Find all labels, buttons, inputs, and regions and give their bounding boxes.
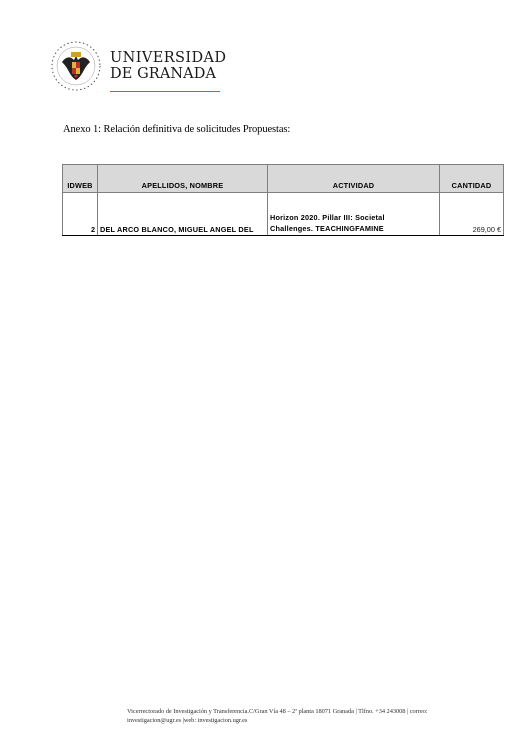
column-header-activity: ACTIVIDAD (268, 165, 440, 193)
footer-address: Vicerrectorado de Investigación y Transf… (127, 708, 428, 715)
logo-line-university: UNIVERSIDAD (110, 50, 222, 66)
requests-table: IDWEB APELLIDOS, NOMBRE ACTIVIDAD CANTID… (62, 164, 504, 236)
logo-underline (110, 91, 220, 92)
cell-idweb: 2 (63, 193, 98, 236)
column-header-name: APELLIDOS, NOMBRE (98, 165, 268, 193)
cell-name: DEL ARCO BLANCO, MIGUEL ANGEL DEL (98, 193, 268, 236)
logo-line-granada: DE GRANADA (110, 66, 222, 82)
column-header-idweb: IDWEB (63, 165, 98, 193)
page-footer: Vicerrectorado de Investigación y Transf… (127, 708, 487, 725)
annex-title: Anexo 1: Relación definitiva de solicitu… (63, 124, 290, 135)
activity-line-2: Challenges. TEACHINGFAMINE (270, 224, 384, 233)
cell-activity: Horizon 2020. Pillar III: Societal Chall… (268, 193, 440, 236)
cell-amount: 269,00 € (440, 193, 504, 236)
activity-line-1: Horizon 2020. Pillar III: Societal (270, 213, 385, 222)
logo-wordmark: UNIVERSIDAD DE GRANADA (110, 50, 222, 82)
column-header-amount: CANTIDAD (440, 165, 504, 193)
university-crest-icon (50, 40, 102, 92)
footer-contact: investigacion@ugr.es |web: investigacion… (127, 717, 247, 724)
table-header-row: IDWEB APELLIDOS, NOMBRE ACTIVIDAD CANTID… (63, 165, 504, 193)
table-row: 2 DEL ARCO BLANCO, MIGUEL ANGEL DEL Hori… (63, 193, 504, 236)
